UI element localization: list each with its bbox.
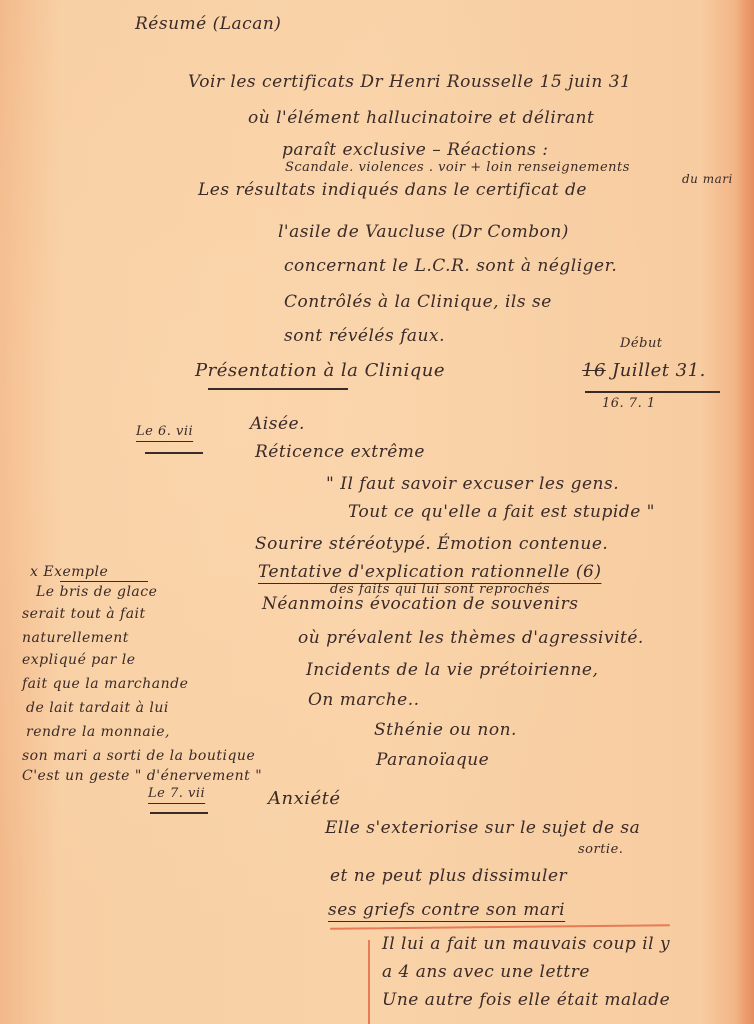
- margin-line-7: rendre la monnaie,: [26, 724, 170, 740]
- intro-line-8: Contrôlés à la Clinique, ils se: [284, 292, 552, 312]
- intro-line-9: sont révélés faux.: [284, 326, 445, 346]
- page-edge: [736, 0, 754, 1024]
- entry-6-line-2: Réticence extrême: [255, 442, 425, 462]
- observation-line-8: Sthénie ou non.: [374, 720, 517, 740]
- entry-7-line-5: ses griefs contre son mari: [328, 900, 565, 920]
- entry-7-line-2: Elle s'exteriorise sur le sujet de sa: [325, 818, 640, 838]
- margin-line-2: serait tout à fait: [22, 606, 146, 622]
- entry-6-double-rule: [145, 452, 203, 454]
- intro-line-3: paraît exclusive – Réactions :: [282, 140, 548, 160]
- presentation-underline: [208, 388, 348, 390]
- red-pencil-bracket: [368, 940, 370, 1024]
- entry-7-line-4: et ne peut plus dissimuler: [330, 866, 567, 886]
- observation-line-1: Sourire stéréotypé. Émotion contenue.: [255, 534, 608, 554]
- presentation-label: Présentation à la Clinique: [195, 360, 445, 381]
- entry-6-line-3: " Il faut savoir excuser les gens.: [326, 474, 619, 494]
- entry-7-line-3: sortie.: [578, 842, 623, 857]
- manuscript-page: Résumé (Lacan) Voir les certificats Dr H…: [0, 0, 754, 1024]
- intro-line-6: l'asile de Vaucluse (Dr Combon): [278, 222, 569, 242]
- entry-6-line-4: Tout ce qu'elle a fait est stupide ": [348, 502, 655, 522]
- intro-line-5: Les résultats indiqués dans le certifica…: [198, 180, 587, 200]
- margin-line-4: expliqué par le: [22, 652, 136, 668]
- margin-title-underline: [60, 581, 148, 582]
- entry-7-line-8: Une autre fois elle était malade: [382, 990, 670, 1010]
- presentation-date-numeric: 16. 7. 1: [602, 396, 656, 411]
- margin-line-6: de lait tardait à lui: [26, 700, 169, 716]
- presentation-date: Juillet 31.: [612, 360, 706, 381]
- document-heading: Résumé (Lacan): [135, 14, 281, 34]
- debut-note: Début: [620, 336, 663, 351]
- observation-line-9: Paranoïaque: [376, 750, 489, 770]
- observation-line-6: Incidents de la vie prétoirienne,: [306, 660, 598, 680]
- margin-line-1: Le bris de glace: [36, 584, 157, 600]
- intro-line-2: où l'élément hallucinatoire et délirant: [248, 108, 594, 128]
- margin-line-8: son mari a sorti de la boutique: [22, 748, 255, 764]
- margin-note-title: x Exemple: [30, 564, 108, 580]
- intro-line-4-insert: du mari: [682, 172, 733, 186]
- observation-line-2: Tentative d'explication rationnelle (6): [258, 562, 601, 582]
- margin-line-3: naturellement: [22, 630, 129, 646]
- observation-line-7: On marche..: [308, 690, 420, 710]
- presentation-struck: 16: [582, 360, 606, 381]
- entry-6-date: Le 6. vii: [136, 424, 193, 439]
- entry-7-rule: [150, 812, 208, 814]
- entry-6-line-1: Aisée.: [250, 414, 305, 434]
- intro-line-1: Voir les certificats Dr Henri Rousselle …: [188, 72, 631, 92]
- date-underline: [585, 391, 720, 393]
- red-pencil-underline: [330, 924, 670, 930]
- margin-line-9: C'est un geste " d'énervement ": [22, 768, 262, 784]
- intro-line-7: concernant le L.C.R. sont à négliger.: [284, 256, 617, 276]
- entry-7-line-7: a 4 ans avec une lettre: [382, 962, 590, 982]
- entry-7-date: Le 7. vii: [148, 786, 205, 801]
- entry-7-line-1: Anxiété: [268, 788, 341, 809]
- intro-line-4: Scandale. violences . voir + loin rensei…: [285, 160, 630, 175]
- entry-7-line-6: Il lui a fait un mauvais coup il y: [382, 934, 670, 954]
- observation-line-5: où prévalent les thèmes d'agressivité.: [298, 628, 644, 648]
- observation-line-4: Néanmoins évocation de souvenirs: [262, 594, 578, 614]
- margin-line-5: fait que la marchande: [22, 676, 188, 692]
